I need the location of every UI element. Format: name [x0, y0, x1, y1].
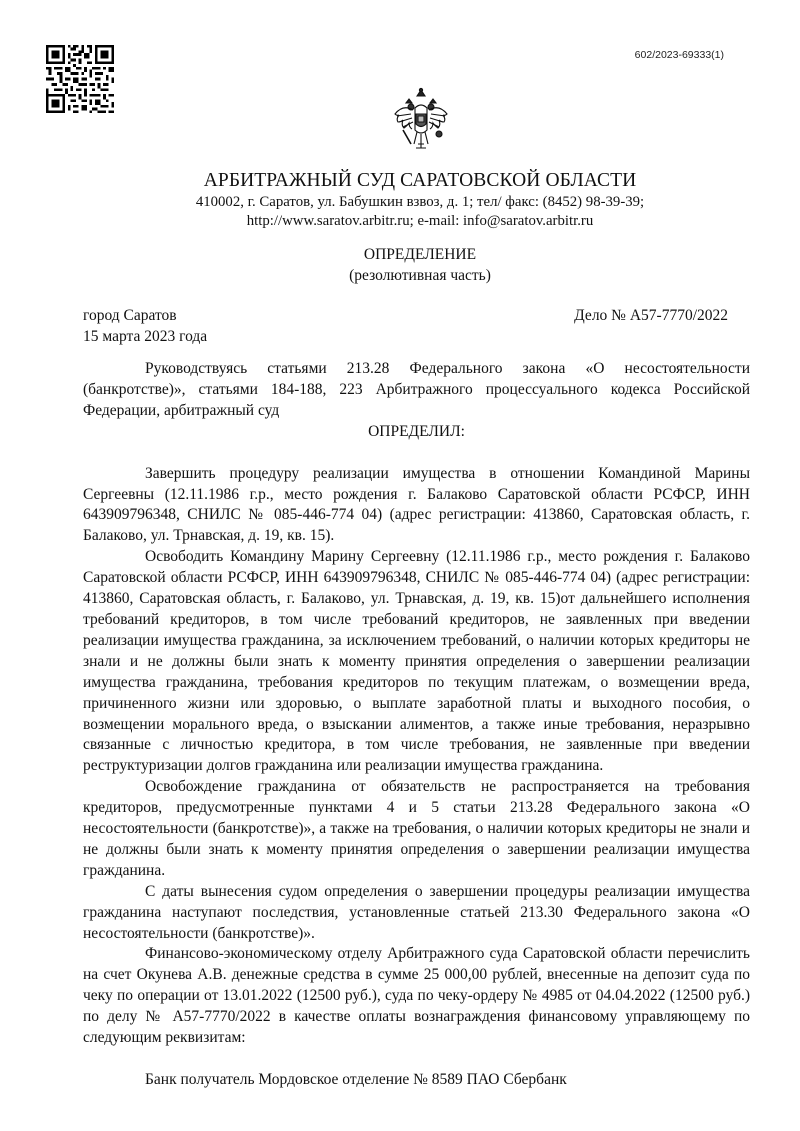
- bank-details: Банк получатель Мордовское отделение № 8…: [83, 1070, 750, 1091]
- city: город Саратов: [83, 305, 207, 326]
- court-address: 410002, г. Саратов, ул. Бабушкин взвоз, …: [40, 193, 800, 212]
- qr-code-icon: [46, 45, 114, 113]
- court-contacts: http://www.saratov.arbitr.ru; e-mail: in…: [40, 212, 800, 231]
- document-id: 602/2023-69333(1): [635, 49, 724, 61]
- ruling-paragraph: Завершить процедуру реализации имущества…: [83, 464, 750, 548]
- ruling-paragraph: Освободить Командину Марину Сергеевну (1…: [83, 547, 750, 777]
- date: 15 марта 2023 года: [83, 326, 207, 347]
- court-header: АРБИТРАЖНЫЙ СУД САРАТОВСКОЙ ОБЛАСТИ 4100…: [0, 169, 800, 231]
- russian-coat-of-arms-icon: [389, 86, 453, 152]
- ruling-paragraph: Финансово-экономическому отделу Арбитраж…: [83, 944, 750, 1049]
- preamble-paragraph: Руководствуясь статьями 213.28 Федеральн…: [83, 359, 750, 422]
- document-title-block: ОПРЕДЕЛЕНИЕ (резолютивная часть): [40, 244, 800, 286]
- case-number: Дело № А57-7770/2022: [574, 305, 728, 326]
- document-title: ОПРЕДЕЛЕНИЕ: [40, 244, 800, 265]
- document-body: Руководствуясь статьями 213.28 Федеральн…: [83, 359, 750, 1091]
- court-name: АРБИТРАЖНЫЙ СУД САРАТОВСКОЙ ОБЛАСТИ: [40, 169, 800, 193]
- ruling-paragraph: С даты вынесения судом определения о зав…: [83, 882, 750, 945]
- decided-heading: ОПРЕДЕЛИЛ:: [83, 422, 750, 443]
- ruling-paragraph: Освобождение гражданина от обязательств …: [83, 777, 750, 882]
- document-place-date: город Саратов 15 марта 2023 года: [83, 305, 207, 347]
- document-subtitle: (резолютивная часть): [40, 265, 800, 286]
